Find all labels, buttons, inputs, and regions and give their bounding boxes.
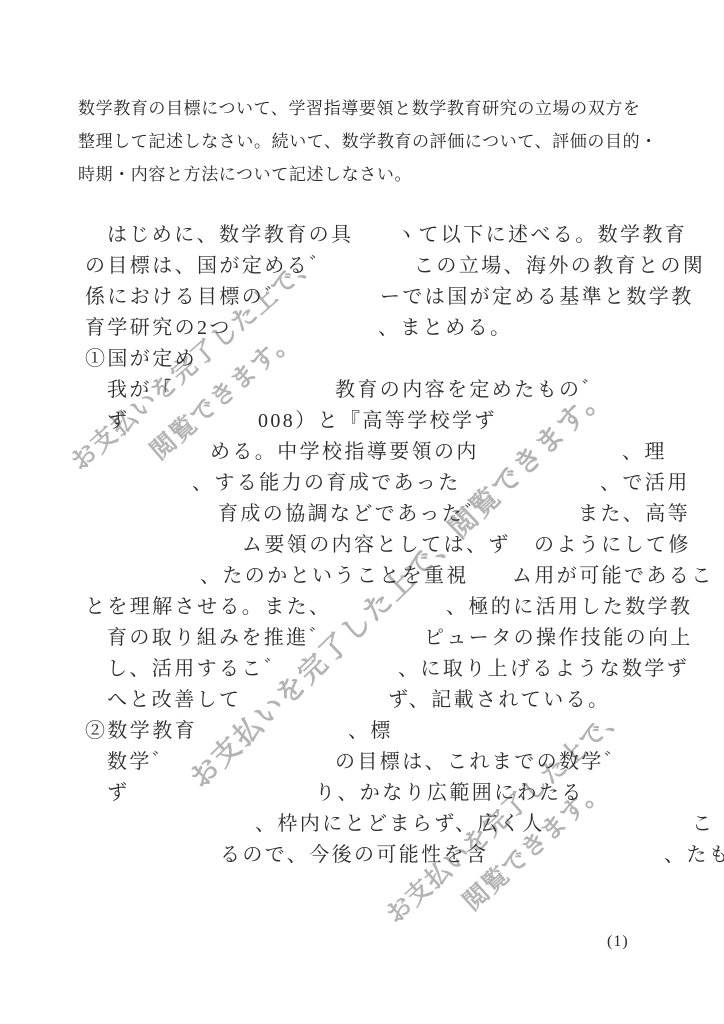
- text-segment: 、まとめる。: [378, 311, 512, 340]
- text-segment: 、で活用: [600, 466, 690, 495]
- text-segment: へと改善して: [107, 683, 241, 712]
- text-line: める。中学校指導要領の内、理: [0, 435, 724, 461]
- text-segment: ず: [107, 776, 129, 805]
- text-segment: はじめに、数学教育の具: [107, 218, 353, 247]
- text-line: はじめに、数学教育の具ヽて以下に述べる。数学教育: [0, 218, 724, 244]
- text-line: 係における目標の゛ーでは国が定める基準と数学教: [0, 280, 724, 306]
- text-segment: り、かなり広範囲にわたる: [315, 776, 584, 805]
- text-line: 我が「教育の内容を定めたもの゛: [0, 373, 724, 399]
- text-segment: ヽて以下に述べる。数学教育: [396, 218, 687, 247]
- text-line: 、する能力の育成であった、で活用: [0, 466, 724, 492]
- text-segment: 、たのかということを重視: [200, 559, 469, 588]
- page-number: (1): [607, 933, 629, 951]
- text-line: 数学゛の目標は、これまでの数学゛: [0, 745, 724, 771]
- text-segment: 008）と『高等学校学ず: [258, 404, 497, 433]
- text-segment: ーでは国が定める基準と数学教: [380, 280, 694, 309]
- text-line: の目標は、国が定める゛この立場、海外の教育との関: [0, 249, 724, 275]
- text-segment: の目標は、国が定める゛: [85, 249, 331, 278]
- text-line: へと改善してず、記載されている。: [0, 683, 724, 709]
- text-segment: るので、今後の可能性を含: [220, 838, 488, 867]
- document-page: お支払いを完了した上で、閲覧できます。お支払いを完了した上で、閲覧できます。お支…: [0, 0, 724, 1024]
- text-segment: 数学゛: [107, 745, 174, 774]
- text-segment: の目標は、これまでの数学゛: [335, 745, 626, 774]
- text-segment: 、に取り上げるような数学ず: [398, 652, 689, 681]
- text-segment: 育成の協調などであった゛: [218, 497, 487, 526]
- text-line: 、枠内にとどまらず、広く人こ: [0, 807, 724, 833]
- text-segment: 育の取り組みを推進゛: [107, 621, 331, 650]
- text-line: ず008）と『高等学校学ず: [0, 404, 724, 430]
- text-line: ①国が定め: [0, 342, 724, 368]
- text-segment: とを理解させる。また、: [85, 590, 331, 619]
- text-segment: のようにして修: [534, 528, 691, 557]
- text-segment: また、高等: [578, 497, 690, 526]
- text-segment: こ: [692, 807, 714, 836]
- text-segment: ム要領の内容としては、ず: [242, 528, 511, 557]
- text-line: 育の取り組みを推進゛ピュータの操作技能の向上: [0, 621, 724, 647]
- text-line: 育学研究の2つ、まとめる。: [0, 311, 724, 337]
- text-segment: し、活用するこ゛: [107, 652, 286, 681]
- question-line: 整理して記述しなさい。続いて、数学教育の評価について、評価の目的・: [78, 127, 658, 152]
- text-line: 、たのかということを重視ム用が可能であるこ: [0, 559, 724, 585]
- text-segment: ず、記載されている。: [388, 683, 610, 712]
- text-segment: 我が「: [107, 373, 174, 402]
- text-line: し、活用するこ゛、に取り上げるような数学ず: [0, 652, 724, 678]
- question-line: 時期・内容と方法について記述しなさい。: [78, 160, 412, 185]
- text-line: ずり、かなり広範囲にわたる: [0, 776, 724, 802]
- text-segment: 、する能力の育成であった: [192, 466, 461, 495]
- text-line: とを理解させる。また、、極的に活用した数学教: [0, 590, 724, 616]
- text-segment: 係における目標の゛: [85, 280, 287, 309]
- text-segment: める。中学校指導要領の内: [210, 435, 479, 464]
- text-line: 育成の協調などであった゛また、高等: [0, 497, 724, 523]
- text-segment: 、極的に活用した数学教: [446, 590, 692, 619]
- text-segment: 教育の内容を定めたもの゛: [335, 373, 604, 402]
- text-segment: 、理: [622, 435, 667, 464]
- question-line: 数学教育の目標について、学習指導要領と数学教育研究の立場の双方を: [78, 94, 641, 119]
- text-segment: ①国が定め: [85, 342, 197, 371]
- text-line: ム要領の内容としては、ずのようにして修: [0, 528, 724, 554]
- text-line: ②数学教育、標: [0, 714, 724, 740]
- text-line: るので、今後の可能性を含、たも: [0, 838, 724, 864]
- text-segment: ム用が可能であるこ: [512, 559, 714, 588]
- text-segment: 育学研究の2つ: [85, 311, 232, 340]
- text-segment: ピュータの操作技能の向上: [424, 621, 693, 650]
- text-segment: 、枠内にとどまらず、広く人: [255, 807, 545, 836]
- text-segment: 、たも: [664, 838, 724, 867]
- text-segment: この立場、海外の教育との関: [414, 249, 705, 278]
- text-segment: 、標: [348, 714, 393, 743]
- text-segment: ず: [107, 404, 129, 433]
- text-segment: ②数学教育: [85, 714, 197, 743]
